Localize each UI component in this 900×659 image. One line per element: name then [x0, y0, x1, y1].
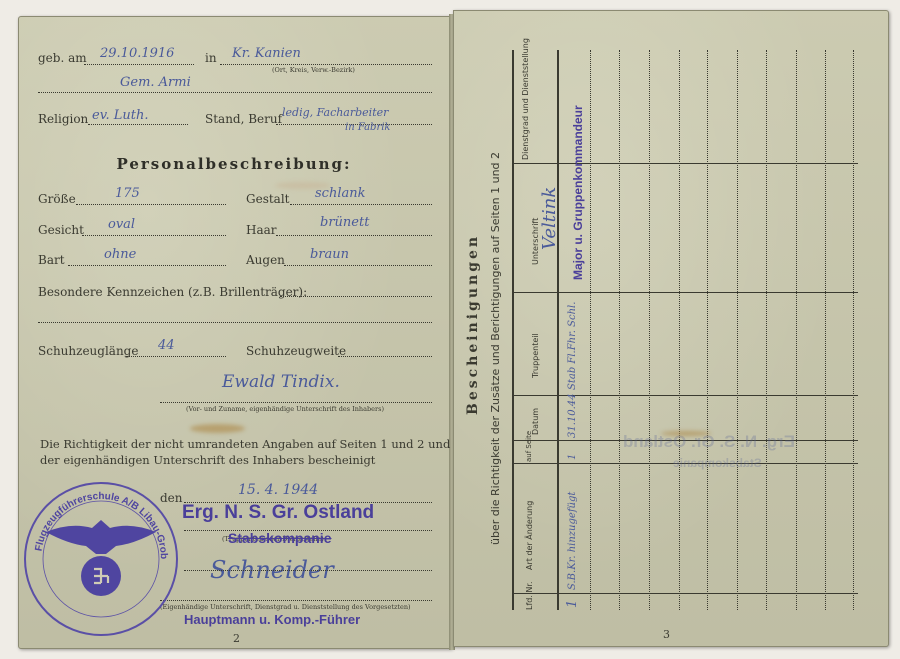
- holder-signature: Ewald Tindix.: [222, 372, 340, 392]
- officer-line-2: [160, 600, 432, 601]
- boot-length-value: 44: [158, 338, 175, 353]
- occupation-value-2: in Fabrik: [345, 122, 390, 133]
- eyes-value: braun: [310, 247, 349, 262]
- column-header-dienstgrad: Dienstgrad und Dienststellung: [521, 38, 530, 160]
- page-number-right: 3: [663, 628, 670, 641]
- boot-length-line: [126, 356, 226, 357]
- certifications-title: Bescheinigungen: [465, 234, 481, 415]
- religion-value: ev. Luth.: [92, 108, 149, 123]
- height-line: [76, 204, 226, 205]
- holder-signature-sublabel: (Vor- und Zuname, eigenhändige Unterschr…: [186, 405, 384, 413]
- face-value: oval: [108, 217, 135, 232]
- stain: [661, 431, 711, 436]
- officer-sublabel: (Eigenhändige Unterschrift, Dienstgrad u…: [160, 603, 411, 611]
- birth-place-line-2: [38, 92, 432, 93]
- column-header-truppenteil: Truppenteil: [531, 333, 540, 378]
- occupation-label: Stand, Beruf: [205, 112, 282, 126]
- official-seal: Flugzeugführerschule A/B Libau-Grobin: [24, 482, 178, 636]
- column-separator: [512, 292, 858, 293]
- boot-width-label: Schuhzeugweite: [246, 344, 346, 358]
- boot-length-label: Schuhzeuglänge: [38, 344, 138, 358]
- birth-place-label: in: [205, 51, 217, 65]
- certifications-table: Bescheinigungen über die Richtigkeit der…: [453, 10, 887, 645]
- row-line: [619, 50, 620, 610]
- birth-place-value: Kr. Kanien: [232, 46, 301, 61]
- row-1-lfd-nr: 1: [565, 600, 580, 608]
- build-label: Gestalt: [246, 192, 289, 206]
- table-outer-border: [512, 50, 514, 610]
- beard-value: ohne: [104, 247, 136, 262]
- row-line: [679, 50, 680, 610]
- birth-date-label: geb. am: [38, 51, 87, 65]
- eagle-swastika-icon: Flugzeugführerschule A/B Libau-Grobin: [26, 484, 176, 634]
- hair-line: [276, 235, 432, 236]
- birth-place-sublabel: (Ort, Kreis, Verw.-Bezirk): [272, 66, 355, 74]
- row-line: [649, 50, 650, 610]
- build-line: [290, 204, 432, 205]
- ghost-imprint: Stabskompanie: [673, 456, 762, 470]
- officer-signature-line: [184, 570, 432, 571]
- boot-width-line: [338, 356, 432, 357]
- certification-text-2: der eigenhändigen Unterschrift des Inhab…: [40, 453, 375, 467]
- religion-line: [88, 124, 188, 125]
- row-1-seite: 1: [567, 454, 578, 460]
- birth-date-value: 29.10.1916: [100, 46, 174, 61]
- height-label: Größe: [38, 192, 76, 206]
- special-features-line: [280, 296, 432, 297]
- row-line: [766, 50, 767, 610]
- row-line: [853, 50, 854, 610]
- special-features-line-2: [38, 322, 432, 323]
- face-line: [82, 235, 226, 236]
- soldbuch-spread: geb. am 29.10.1916 in Kr. Kanien (Ort, K…: [0, 0, 900, 659]
- holder-signature-line: [160, 402, 432, 403]
- row-line: [707, 50, 708, 610]
- column-separator: [512, 163, 858, 164]
- occupation-value: ledig, Facharbeiter: [282, 106, 388, 119]
- face-label: Gesicht: [38, 223, 84, 237]
- eyes-label: Augen: [246, 253, 285, 267]
- beard-label: Bart: [38, 253, 65, 267]
- unit-stamp: Erg. N. S. Gr. Ostland: [182, 502, 374, 524]
- row-line: [825, 50, 826, 610]
- row-line: [796, 50, 797, 610]
- column-header-seite: auf Seite: [525, 431, 533, 462]
- column-header-lfd-nr: Lfd. Nr.: [525, 581, 534, 610]
- height-value: 175: [115, 186, 140, 201]
- stain: [275, 182, 330, 189]
- beard-line: [68, 265, 226, 266]
- eyes-line: [284, 265, 432, 266]
- column-separator: [512, 395, 858, 396]
- personal-description-title: Personalbeschreibung:: [18, 155, 450, 173]
- ghost-imprint: Erg. N. S. Gr. Ostland: [623, 432, 795, 452]
- hair-value: brünett: [320, 215, 369, 230]
- birth-place-line: [220, 64, 432, 65]
- certification-date-value: 15. 4. 1944: [238, 482, 318, 498]
- column-header-art: Art der Änderung: [525, 470, 534, 570]
- build-value: schlank: [315, 186, 365, 201]
- birth-place-value-2: Gem. Armi: [120, 75, 191, 90]
- column-separator: [512, 593, 858, 594]
- row-line: [737, 50, 738, 610]
- birth-date-line: [84, 64, 194, 65]
- row-1-truppenteil: Stab Fl.Fhr. Schl.: [567, 302, 578, 390]
- row-1-dienstgrad-stamp: Major u. Gruppenkommandeur: [571, 105, 585, 280]
- column-header-datum: Datum: [531, 408, 540, 435]
- special-features-label: Besondere Kennzeichen (z.B. Brillenträge…: [38, 285, 307, 299]
- officer-rank-stamp: Hauptmann u. Komp.-Führer: [184, 612, 360, 627]
- page-number-left: 2: [233, 632, 240, 645]
- row-1-art: S.B.Kr. hinzugefügt: [567, 492, 578, 590]
- row-line: [590, 50, 591, 610]
- row-1-datum: 31.10.44: [567, 393, 578, 438]
- religion-label: Religion: [38, 112, 88, 126]
- row-1-unterschrift: Veltink: [539, 187, 560, 250]
- table-header-border: [557, 50, 559, 610]
- certifications-subtitle: über die Richtigkeit der Zusätze und Ber…: [489, 152, 502, 545]
- stain: [190, 424, 245, 433]
- hair-label: Haar: [246, 223, 277, 237]
- certification-text-1: Die Richtigkeit der nicht umrandeten Ang…: [40, 437, 450, 451]
- company-stamp: Stabskompanie: [228, 530, 331, 546]
